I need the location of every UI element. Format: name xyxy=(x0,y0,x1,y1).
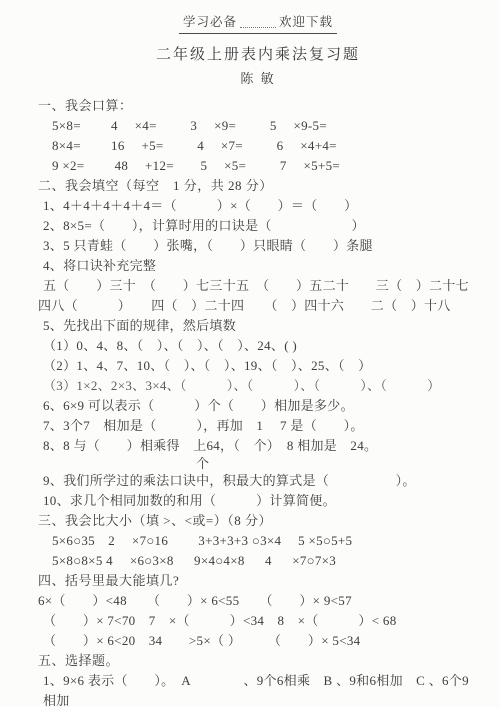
problem-line: 9、我们所学过的乘法口诀中，积最大的算式是（ ）。 xyxy=(38,471,478,491)
multiplication-rhyme-line: 四八（ ） 四（ ）二十四 （ ）四十六 二（ ）十八 xyxy=(38,296,478,316)
problem-line: 7、3个7 相加是（ ），再加 1 7 是（ ）。 xyxy=(38,416,478,436)
section-max-fill: 四、括号里最大能填几? 6×（ ）<48 （ ）× 6<55 （ ）× 9<57… xyxy=(38,571,478,651)
problem-line: 9 ×2= 48 +12= 5 ×5= 7 ×5+5= xyxy=(38,156,478,176)
header-dotted-gap xyxy=(240,26,276,28)
section-heading: 三、我会比大小（填 >、<或=）（8 分） xyxy=(38,511,478,531)
section-heading: 四、括号里最大能填几? xyxy=(38,571,478,591)
doc-header: 学习必备 欢迎下载 xyxy=(38,12,478,34)
problem-line: 5、先找出下面的规律，然后填数 xyxy=(38,316,478,336)
problem-line: （3）1×2、2×3、3×4、（ ）、（ ）、（ ）、（ ） xyxy=(38,376,478,396)
section-multiple-choice: 五、选择题。 1、9×6 表示（ ）。 A 、9个6相乘 B 、9和6相加 C … xyxy=(38,651,478,707)
section-heading: 五、选择题。 xyxy=(38,651,478,671)
header-right-label: 欢迎下载 xyxy=(279,12,333,30)
ge-character-line: 个 xyxy=(38,456,478,471)
problem-line: 6、6×9 可以表示（ ）个（ ）相加是多少。 xyxy=(38,396,478,416)
problem-line: 8×4= 16 +5= 4 ×7= 6 ×4+4= xyxy=(38,136,478,156)
section-heading: 二、我会填空（每空 1 分，共 28 分） xyxy=(38,176,478,196)
problem-line: 1、9×6 表示（ ）。 A 、9个6相乘 B 、9和6相加 C 、6个9相加 xyxy=(38,671,478,707)
problem-line: 3、5 只青蛙（ ）张嘴，（ ）只眼睛（ ）条腿 xyxy=(38,236,478,256)
problem-line: 1、4＋4＋4＋4＋4＝（ ）×（ ）＝（ ） xyxy=(38,196,478,216)
problem-line: 4、将口诀补充完整 xyxy=(38,256,478,276)
problem-line: 5×6○35 2 ×7○16 3+3+3+3 ○3×4 5 ×5○5+5 xyxy=(38,531,478,551)
problem-line: （ ）× 6<20 34 >5×（ ） （ ）× 5<34 xyxy=(38,631,478,651)
problem-line: 5×8○8×5 4 ×6○3×8 9×4○4×8 4 ×7○7×3 xyxy=(38,551,478,571)
author-name: 陈 敏 xyxy=(38,69,478,89)
problem-line: 10、求几个相同加数的和用（ ）计算简便。 xyxy=(38,491,478,511)
header-left-label: 学习必备 xyxy=(183,12,237,30)
problem-line: （1）0、4、8、（ ）、（ ）、（ ）、24、( ) xyxy=(38,336,478,356)
problem-line: 2、8×5=（ ），计算时用的口诀是（ ） xyxy=(38,216,478,236)
problem-line: 5×8= 4 ×4= 3 ×9= 5 ×9-5= xyxy=(38,116,478,136)
header-underline: 学习必备 欢迎下载 xyxy=(179,12,337,34)
problem-line: 8、8 与（ ）相乘得 上64，（ 个） 8 相加是 24。 xyxy=(38,436,478,456)
page-title: 二年级上册表内乘法复习题 xyxy=(38,46,478,64)
worksheet-page: 学习必备 欢迎下载 二年级上册表内乘法复习题 陈 敏 一、我会口算： 5×8= … xyxy=(0,0,500,707)
section-compare: 三、我会比大小（填 >、<或=）（8 分） 5×6○35 2 ×7○16 3+3… xyxy=(38,511,478,571)
section-heading: 一、我会口算： xyxy=(38,96,478,116)
section-oral-math: 一、我会口算： 5×8= 4 ×4= 3 ×9= 5 ×9-5= 8×4= 16… xyxy=(38,96,478,176)
section-fill-blanks: 二、我会填空（每空 1 分，共 28 分） 1、4＋4＋4＋4＋4＝（ ）×（ … xyxy=(38,176,478,511)
multiplication-rhyme-line: 五（ ）三十 （ ）七三十五 （ ）五二十 三（ ）二十七 xyxy=(38,276,478,296)
problem-line: （ ）× 7<70 7 ×（ ）<34 8 ×（ ）< 68 xyxy=(38,611,478,631)
problem-line: 6×（ ）<48 （ ）× 6<55 （ ）× 9<57 xyxy=(38,591,478,611)
problem-line: （2）1、4、7、10、（ ）、（ ）、19、（ ）、25、（ ） xyxy=(38,356,478,376)
